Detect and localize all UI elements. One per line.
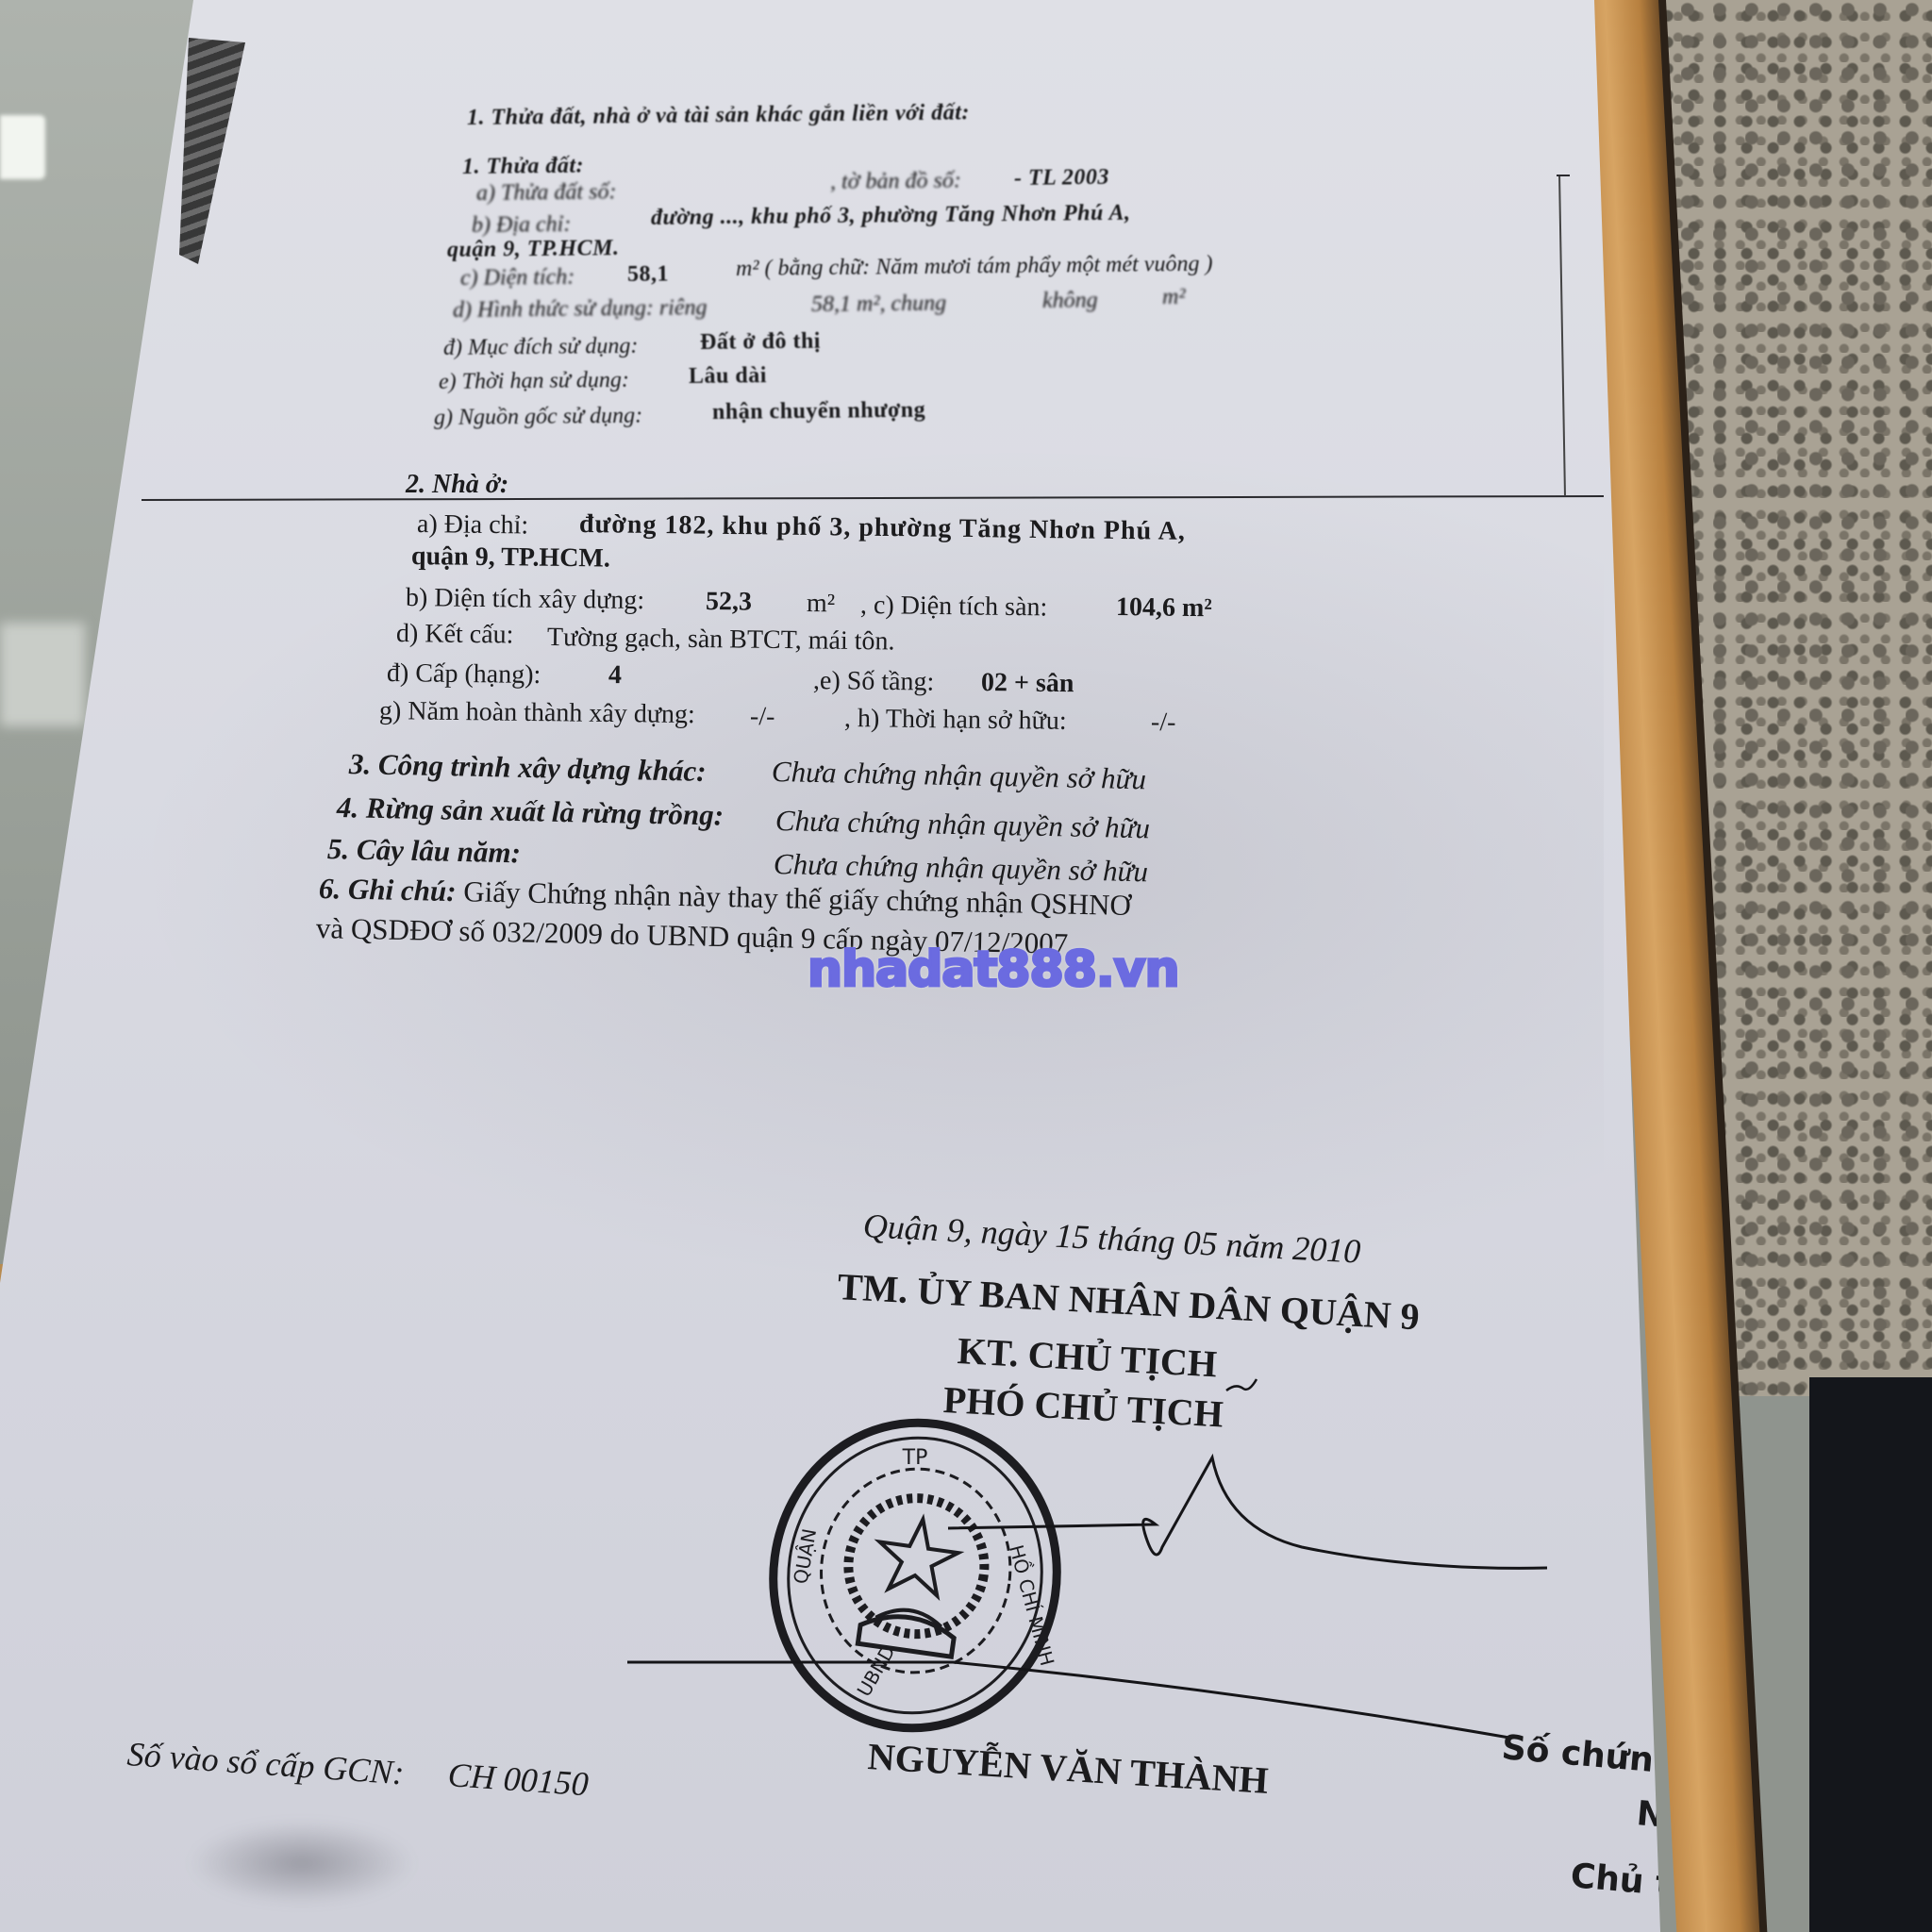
completion-year-label: g) Năm hoàn thành xây dựng: <box>379 696 695 730</box>
ink-blot <box>179 38 245 264</box>
section1-heading: 1. Thửa đất, nhà ở và tài sản khác gắn l… <box>467 100 970 131</box>
ceiling-light <box>0 115 45 179</box>
land-origin-label: g) Nguồn gốc sử dụng: <box>434 404 642 431</box>
section2-heading: 2. Nhà ở: <box>406 470 508 500</box>
floor-area-label: , c) Diện tích sàn: <box>860 591 1048 623</box>
land-area-value: 58,1 <box>627 262 669 288</box>
build-area-label: b) Diện tích xây dựng: <box>406 583 644 616</box>
map-sheet-label: , tờ bản đồ số: <box>830 169 961 195</box>
svg-text:UBND: UBND <box>853 1641 900 1701</box>
smudge <box>189 1821 415 1906</box>
ownership-term-label: , h) Thời hạn sở hữu: <box>844 704 1067 737</box>
dark-background <box>1809 1377 1932 1932</box>
usage-form-label: d) Hình thức sử dụng: riêng <box>453 295 708 324</box>
structure-label: d) Kết cấu: <box>396 619 514 651</box>
floors-value: 02 + sân <box>981 668 1074 699</box>
section1-subheading: 1. Thửa đất: <box>462 154 584 180</box>
section5-label: 5. Cây lâu năm: <box>327 832 522 870</box>
usage-form-unit: m² <box>1162 285 1186 310</box>
usage-term-value: Lâu dài <box>689 363 767 390</box>
watermark: nhadat888.vn <box>808 941 1179 998</box>
floors-label: ,e) Số tầng: <box>813 666 935 698</box>
floor-area-value: 104,6 m² <box>1116 592 1212 624</box>
land-origin-value: nhận chuyển nhượng <box>712 398 925 425</box>
land-address-value-2: quận 9, TP.HCM. <box>447 236 620 263</box>
usage-form-shared: không <box>1042 288 1098 314</box>
land-area-label: c) Diện tích: <box>460 265 575 291</box>
registration-number: CH 00150 <box>447 1755 591 1804</box>
parcel-number-label: a) Thửa đất số: <box>476 179 617 207</box>
land-purpose-value: Đất ở đô thị <box>700 329 821 356</box>
land-area-words: m² ( bằng chữ: Năm mươi tám phẩy một mét… <box>736 252 1213 282</box>
usage-term-label: e) Thời hạn sử dụng: <box>439 368 629 395</box>
signer-title-1: KT. CHỦ TỊCH <box>957 1328 1218 1386</box>
signer-name: NGUYỄN VĂN THÀNH <box>867 1734 1270 1803</box>
structure-value: Tường gạch, sàn BTCT, mái tôn. <box>547 623 895 657</box>
grade-value: 4 <box>608 660 622 691</box>
svg-text:TP: TP <box>902 1446 928 1470</box>
official-seal-icon: TP QUẬN HỒ CHÍ MINH UBND <box>755 1415 1075 1736</box>
ownership-term-value: -/- <box>1151 708 1176 738</box>
house-address-label: a) Địa chỉ: <box>417 509 529 541</box>
completion-year-value: -/- <box>750 702 775 732</box>
registration-label: Số vào sổ cấp GCN: <box>126 1734 406 1792</box>
land-address-value: đường ..., khu phố 3, phường Tăng Nhơn P… <box>651 201 1131 231</box>
build-area-unit: m² <box>807 589 836 619</box>
wall-reflection <box>0 623 85 726</box>
build-area-value: 52,3 <box>706 587 752 618</box>
house-address-value-2: quận 9, TP.HCM. <box>411 541 610 575</box>
grade-label: đ) Cấp (hạng): <box>387 658 541 691</box>
land-address-label: b) Địa chỉ: <box>472 212 572 239</box>
map-sheet-value: - TL 2003 <box>1014 165 1109 192</box>
section6-label: 6. Ghi chú: <box>319 872 457 908</box>
land-purpose-label: đ) Mục đích sử dụng: <box>443 334 639 361</box>
usage-form-private: 58,1 m², chung <box>811 291 946 318</box>
